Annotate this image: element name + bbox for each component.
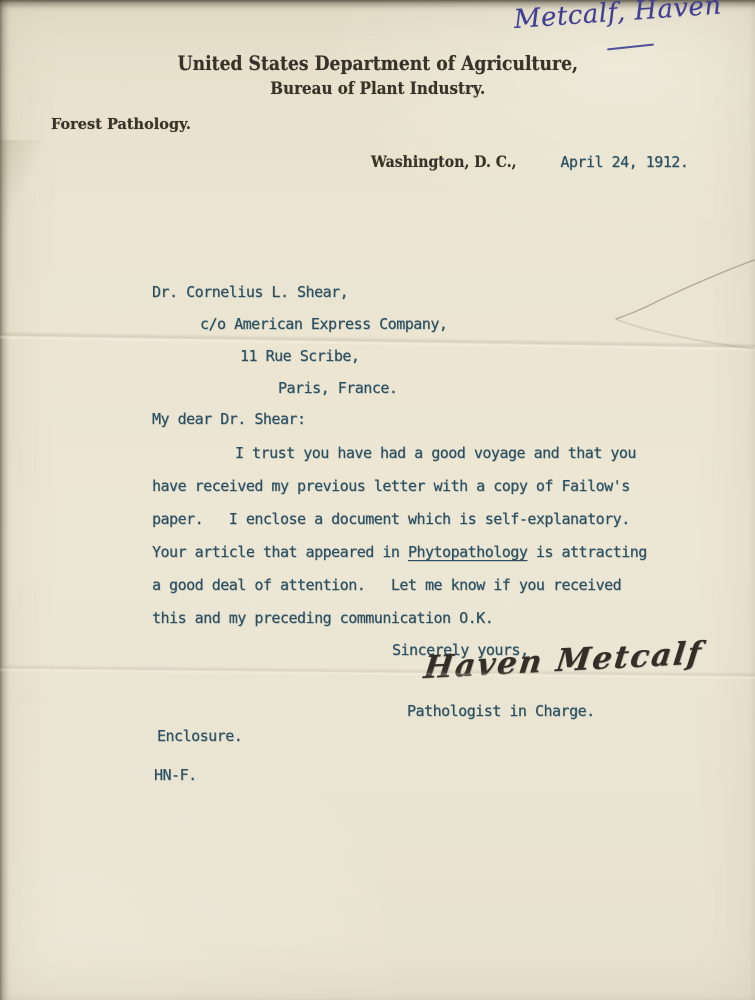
scanned-letter-page: Metcalf, Haven United States Department … xyxy=(0,0,755,1000)
hairline-crease-topright xyxy=(0,0,755,1000)
